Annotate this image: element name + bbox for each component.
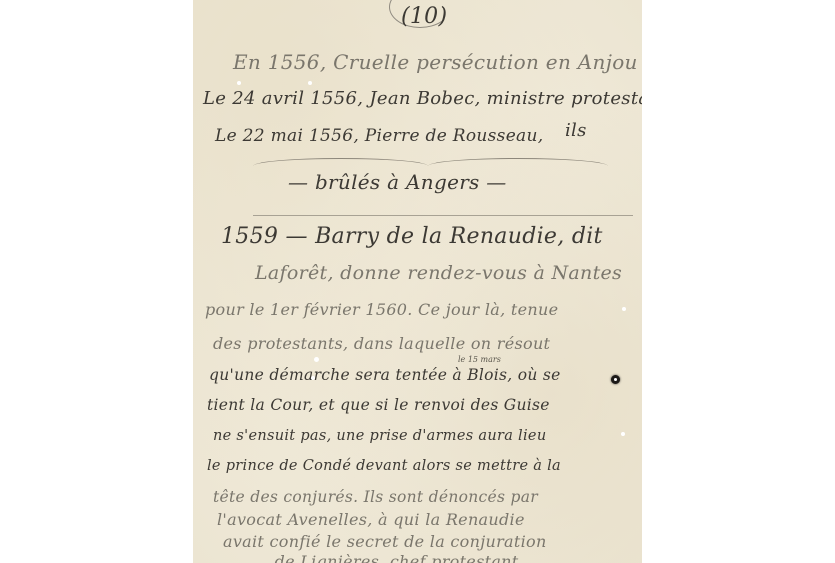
line-3: Le 22 mai 1556, Pierre de Rousseau,	[215, 126, 543, 146]
line-15: avait confié le secret de la conjuration	[223, 532, 547, 551]
paper-hole	[621, 432, 625, 436]
line-8: des protestants, dans laquelle on résout	[213, 334, 550, 353]
line-12: le prince de Condé devant alors se mettr…	[207, 458, 561, 474]
line-3-ils: ils	[565, 120, 587, 141]
line-4-brules: — brûlés à Angers —	[288, 170, 507, 194]
paper-hole	[314, 357, 319, 362]
line-6: Laforêt, donne rendez-vous à Nantes	[255, 262, 622, 284]
paper-hole	[311, 376, 315, 380]
line-2: Le 24 avril 1556, Jean Bobec, ministre p…	[203, 88, 642, 109]
line-13: tête des conjurés. Ils sont dénoncés par	[213, 488, 538, 506]
line-16: ... de Lignières, chef protestant	[253, 552, 519, 563]
paper-hole	[622, 307, 626, 311]
grouping-brace-left	[253, 158, 428, 167]
line-11: ne s'ensuit pas, une prise d'armes aura …	[213, 428, 546, 444]
grouping-brace-right	[428, 158, 608, 167]
line-1: En 1556, Cruelle persécution en Anjou	[233, 50, 638, 74]
interlinear-note: le 15 mars	[458, 355, 501, 364]
document-viewer: (10) En 1556, Cruelle persécution en Anj…	[0, 0, 835, 563]
ink-spot	[611, 375, 620, 384]
section-divider	[253, 215, 633, 216]
page-number: (10)	[401, 4, 447, 29]
paper-hole	[308, 81, 312, 85]
line-9: qu'une démarche sera tentée à Blois, où …	[209, 366, 561, 384]
paper-hole	[237, 81, 241, 85]
manuscript-page: (10) En 1556, Cruelle persécution en Anj…	[193, 0, 642, 563]
line-7: pour le 1er février 1560. Ce jour là, te…	[205, 300, 558, 319]
line-5: 1559 — Barry de la Renaudie, dit	[221, 224, 603, 249]
line-14: l'avocat Avenelles, à qui la Renaudie	[217, 510, 525, 529]
line-10: tient la Cour, et que si le renvoi des G…	[207, 396, 550, 414]
